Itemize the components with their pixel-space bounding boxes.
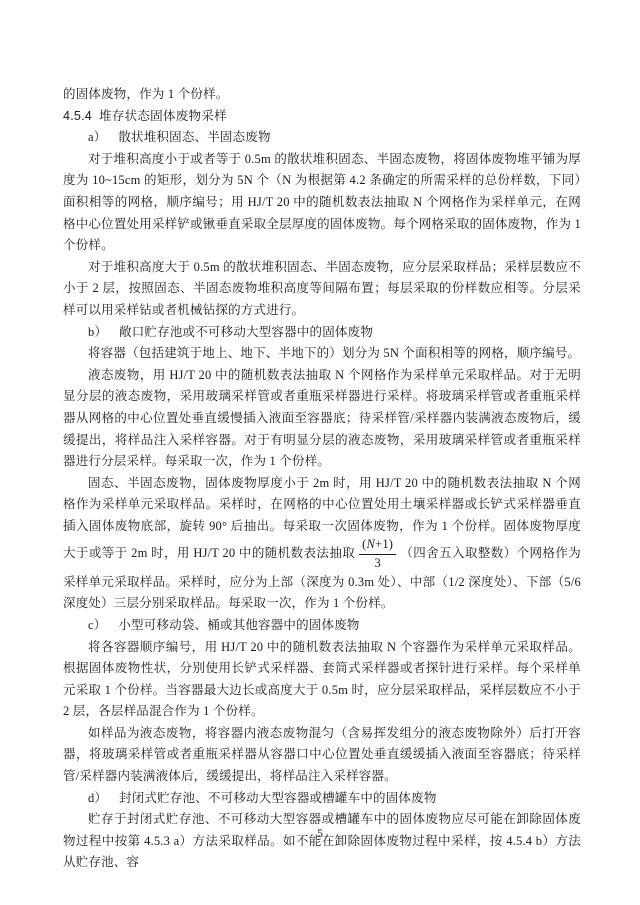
item-b-heading: b）敞口贮存池或不可移动大型容器中的固体废物 bbox=[63, 322, 581, 344]
fraction-n-plus-1-over-3: (N+1)3 bbox=[359, 537, 396, 571]
section-number: 4.5.4 bbox=[63, 109, 92, 123]
fraction-denominator: 3 bbox=[374, 555, 380, 572]
section-heading-4-5-4: 4.5.4堆存状态固体废物采样 bbox=[63, 106, 581, 128]
item-d-paragraph-1: 贮存于封闭式贮存池、不可移动大型容器或槽罐车中的固体废物应尽可能在卸除固体废物过… bbox=[63, 809, 581, 874]
document-body: 的固体废物，作为 1 个份样。 4.5.4堆存状态固体废物采样 a）散状堆积固态… bbox=[63, 84, 581, 874]
item-a-heading: a）散状堆积固态、半固态废物 bbox=[63, 127, 581, 149]
item-c-title: 小型可移动袋、桶或其他容器中的固体废物 bbox=[118, 618, 359, 632]
section-title: 堆存状态固体废物采样 bbox=[99, 109, 227, 123]
continuation-paragraph: 的固体废物，作为 1 个份样。 bbox=[63, 84, 581, 106]
item-a-label: a） bbox=[88, 130, 106, 144]
item-a-paragraph-2: 对于堆积高度大于 0.5m 的散状堆积固态、半固态废物，应分层采取样品；采样层数… bbox=[63, 257, 581, 322]
item-a-title: 散状堆积固态、半固态废物 bbox=[118, 130, 270, 144]
document-page: 的固体废物，作为 1 个份样。 4.5.4堆存状态固体废物采样 a）散状堆积固态… bbox=[0, 0, 640, 905]
item-b-paragraph-2: 液态废物，用 HJ/T 20 中的随机数表法抽取 N 个网格作为采样单元采取样品… bbox=[63, 365, 581, 473]
fraction-numerator: (N+1) bbox=[359, 537, 396, 555]
item-d-heading: d）封闭式贮存池、不可移动大型容器或槽罐车中的固体废物 bbox=[63, 788, 581, 810]
item-b-label: b） bbox=[88, 325, 107, 339]
item-c-paragraph-1: 将各容器顺序编号，用 HJ/T 20 中的随机数表法抽取 N 个容器作为采样单元… bbox=[63, 637, 581, 723]
page-number: 5 bbox=[0, 826, 640, 841]
item-c-heading: c）小型可移动袋、桶或其他容器中的固体废物 bbox=[63, 615, 581, 637]
item-c-paragraph-2: 如样品为液态废物，将容器内液态废物混匀（含易挥发组分的液态废物除外）后打开容器，… bbox=[63, 723, 581, 788]
item-a-paragraph-1: 对于堆积高度小于或者等于 0.5m 的散状堆积固态、半固态废物，将固体废物堆平铺… bbox=[63, 149, 581, 257]
item-b-title: 敞口贮存池或不可移动大型容器中的固体废物 bbox=[119, 325, 373, 339]
item-d-label: d） bbox=[88, 791, 107, 805]
item-b-paragraph-1: 将容器（包括建筑于地上、地下、半地下的）划分为 5N 个面积相等的网格，顺序编号… bbox=[63, 343, 581, 365]
item-c-label: c） bbox=[88, 618, 106, 632]
item-d-title: 封闭式贮存池、不可移动大型容器或槽罐车中的固体废物 bbox=[119, 791, 437, 805]
item-b-paragraph-3: 固态、半固态废物，固体废物厚度小于 2m 时，用 HJ/T 20 中的随机数表法… bbox=[63, 473, 581, 615]
